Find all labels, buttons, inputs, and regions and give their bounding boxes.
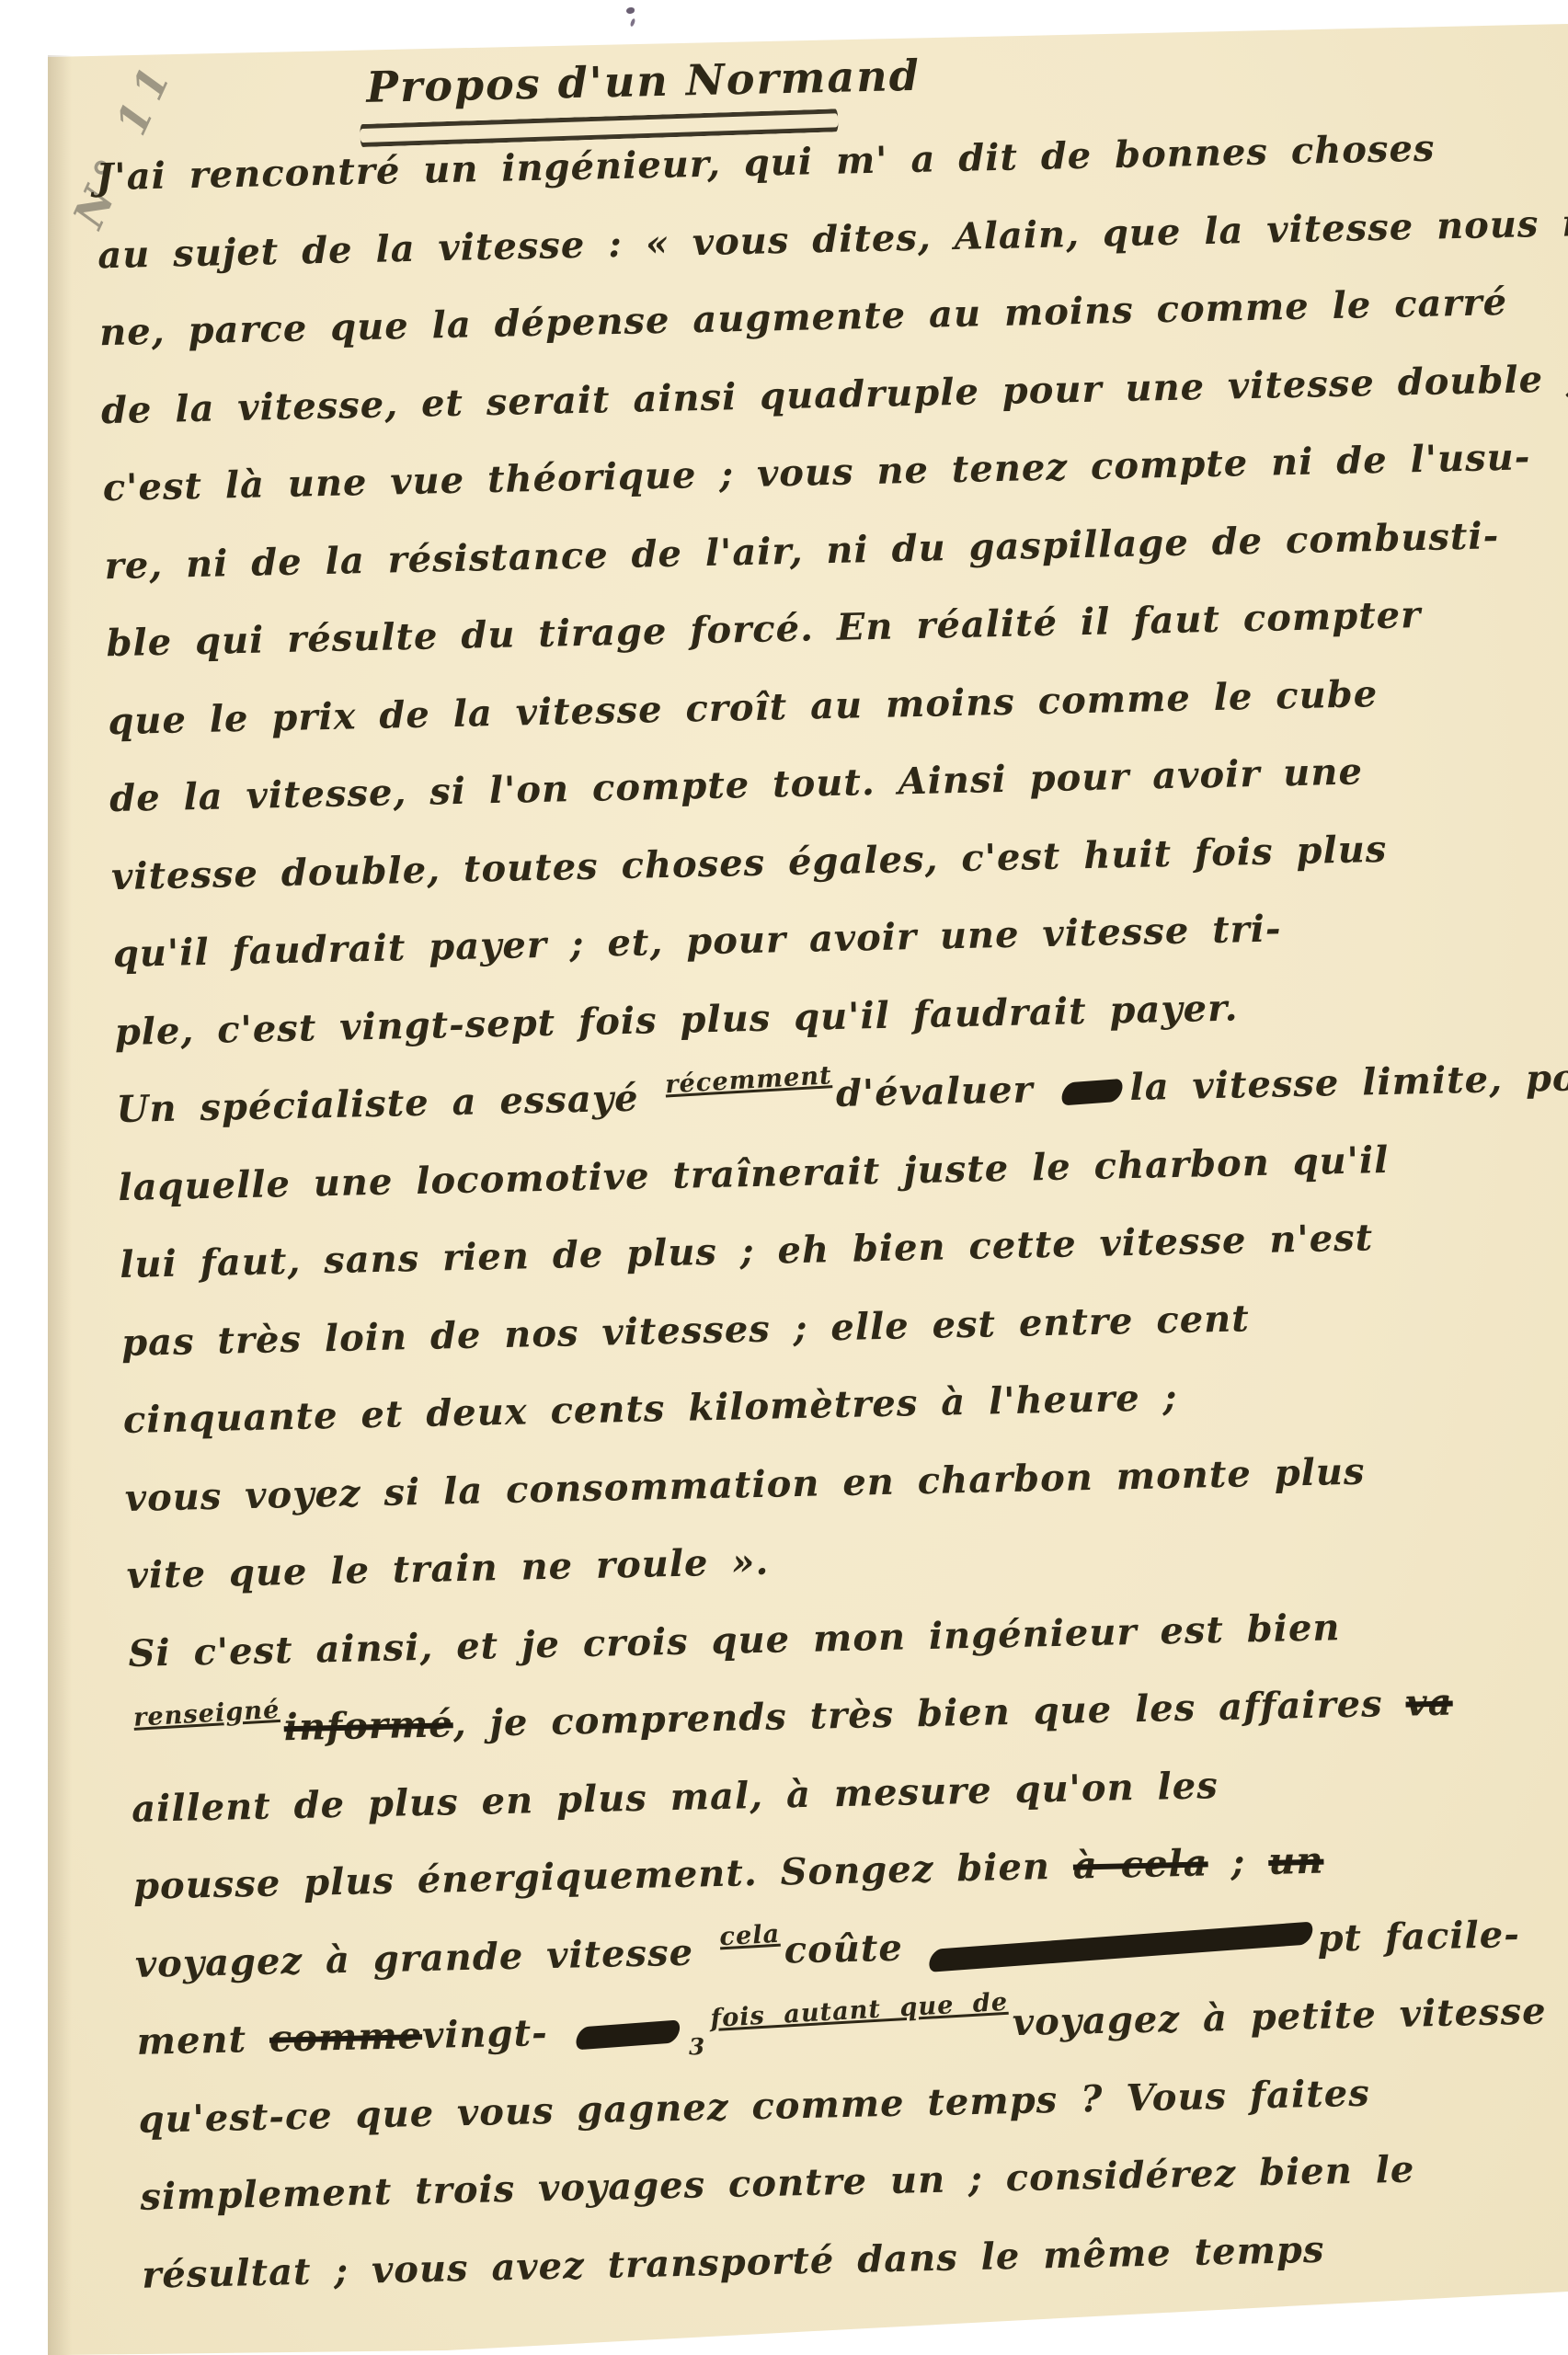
text-segment-struck: à cela xyxy=(1072,1841,1208,1887)
text-segment-t: résultat ; vous avez transporté dans le … xyxy=(142,2227,1325,2296)
text-segment-struck: un xyxy=(1268,1839,1324,1883)
text-segment-t: lui faut, sans rien de plus ; eh bien ce… xyxy=(120,1216,1374,1286)
text-segment-t: ment xyxy=(136,2018,246,2063)
text-segment-t: pousse plus énergiquement. Songez bien xyxy=(133,1845,1051,1908)
text-segment-t: pt facile- xyxy=(1317,1913,1520,1961)
page-title: Propos d'un Normand xyxy=(366,51,882,112)
text-segment-sub: 3 xyxy=(688,2013,706,2081)
text-segment-t: vous voyez si la consommation en charbon… xyxy=(124,1449,1366,1519)
text-segment-struck: informé xyxy=(283,1702,453,1749)
manuscript-content: N° 11 Propos d'un Normand J'ai rencontré… xyxy=(0,0,1568,2355)
text-segment-t: vite que le train ne roule ». xyxy=(126,1540,770,1597)
text-segment-t: aillent de plus en plus mal, à mesure qu… xyxy=(132,1764,1219,1831)
text-segment-t: ; xyxy=(1207,1841,1246,1885)
text-segment-struck: comme xyxy=(269,2014,422,2061)
text-segment-sup: renseigné xyxy=(132,1675,281,1752)
text-segment-t: voyagez à grande vitesse xyxy=(134,1930,693,1985)
text-segment-t: qu'est-ce que vous gagnez comme temps ? … xyxy=(138,2071,1370,2141)
text-segment-t: vingt- xyxy=(422,2011,549,2057)
text-segment-t: , je comprends très bien que les affaire… xyxy=(452,1682,1383,1745)
text-segment-t: pas très loin de nos vitesses ; elle est… xyxy=(121,1297,1251,1365)
text-segment-sup: cela xyxy=(717,1899,782,1971)
text-segment-t: qu'il faudrait payer ; et, pour avoir un… xyxy=(112,907,1282,976)
text-segment-blot xyxy=(1059,1079,1125,1106)
text-segment-t: J'ai rencontré un ingénieur, qui m' a di… xyxy=(96,127,1436,200)
text-segment-sup: récemment xyxy=(663,1041,834,1118)
text-segment-t: Si c'est ainsi, et je crois que mon ingé… xyxy=(128,1606,1341,1675)
text-segment-t: d'évaluer xyxy=(835,1068,1034,1115)
text-segment-t: coûte xyxy=(784,1926,903,1972)
text-segment-t: de la vitesse, si l'on compte tout. Ains… xyxy=(109,749,1364,820)
text-segment-t: Un spécialiste a essayé xyxy=(116,1077,639,1131)
text-segment-t: ple, c'est vingt-sept fois plus qu'il fa… xyxy=(114,986,1239,1054)
text-segment-blot xyxy=(574,2019,682,2050)
text-segment-t: voyagez à petite vitesse ; et xyxy=(1012,1987,1568,2044)
text-segment-t: la vitesse limite, pour xyxy=(1129,1055,1568,1109)
text-segment-struck: va xyxy=(1405,1681,1453,1725)
text-segment-t: cinquante et deux cents kilomètres à l'h… xyxy=(122,1376,1177,1442)
scanned-manuscript-page: { "page": { "pencil_annotation": "N° 11"… xyxy=(0,0,1568,2355)
manuscript-text: J'ai rencontré un ingénieur, qui m' a di… xyxy=(96,112,1568,2319)
text-segment-blot xyxy=(927,1921,1315,1972)
